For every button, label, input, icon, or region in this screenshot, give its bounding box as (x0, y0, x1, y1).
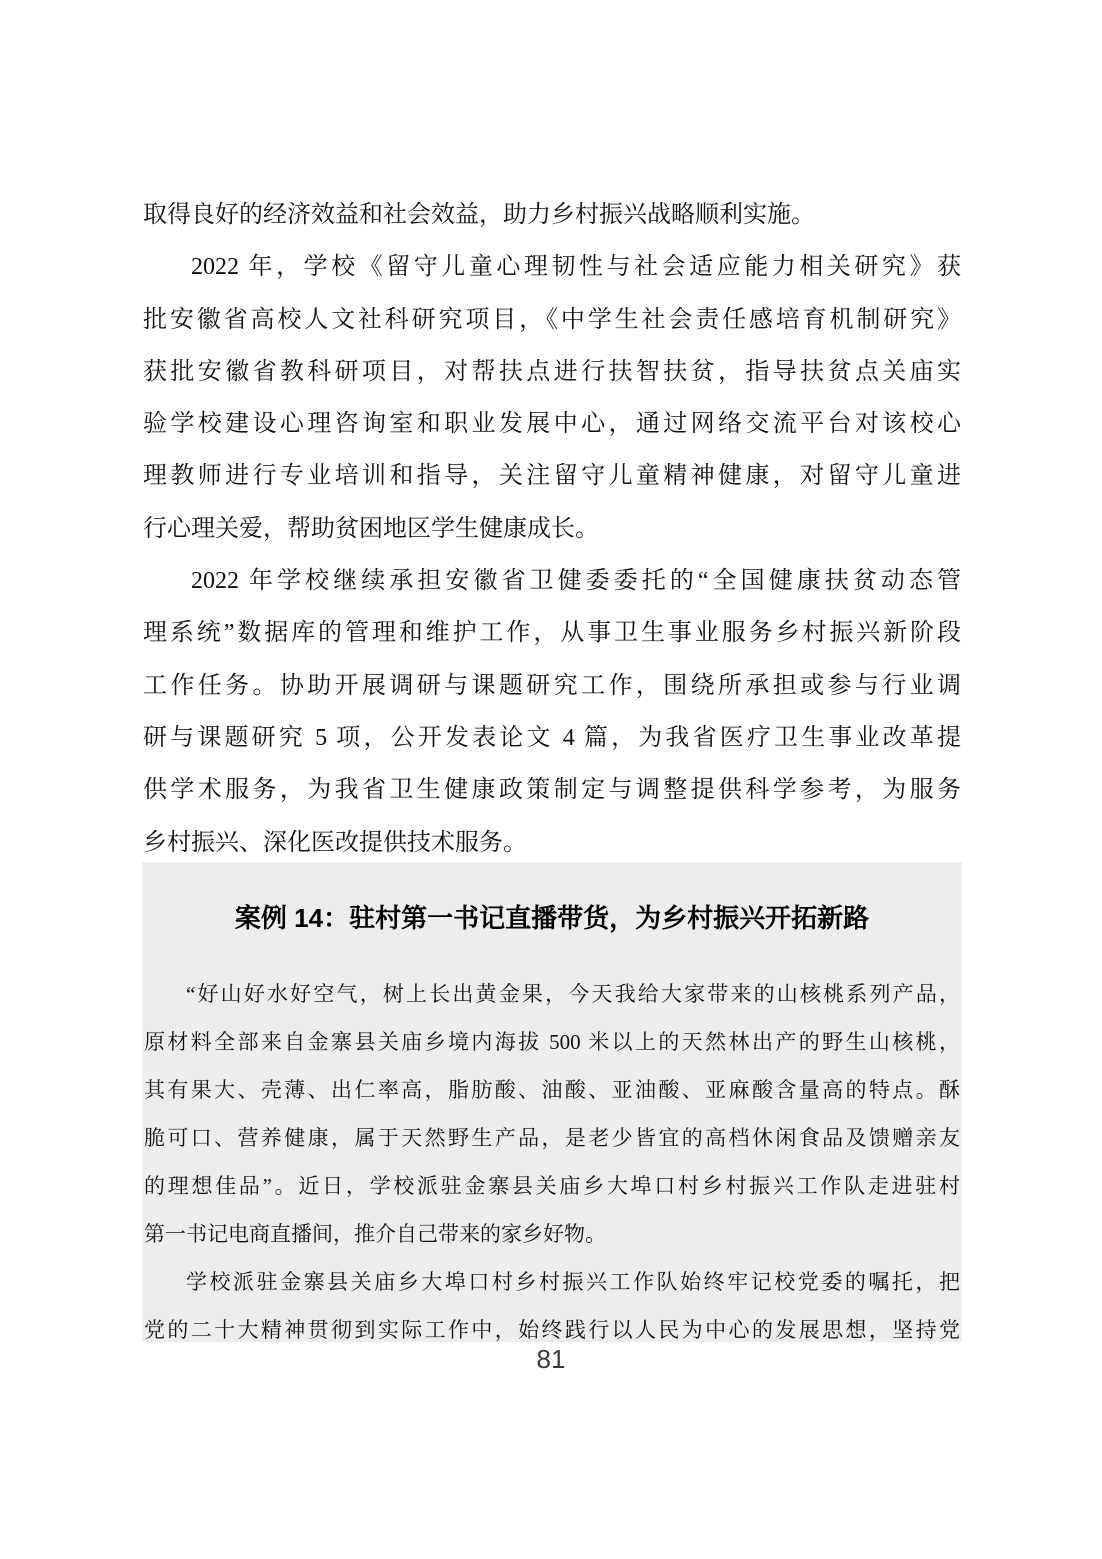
text-line: “好山好水好空气，树上长出黄金果，今天我给大家带来的山核桃系列产品， (144, 970, 960, 1018)
text-line: 取得良好的经济效益和社会效益，助力乡村振兴战略顺利实施。 (143, 189, 961, 241)
text-line: 理教师进行专业培训和指导，关注留守儿童精神健康，对留守儿童进 (143, 450, 961, 502)
text-line: 验学校建设心理咨询室和职业发展中心，通过网络交流平台对该校心 (143, 398, 961, 450)
case-study-paragraphs: “好山好水好空气，树上长出黄金果，今天我给大家带来的山核桃系列产品，原材料全部来… (142, 970, 962, 1354)
text-line: 的理想佳品”。近日，学校派驻金寨县关庙乡大埠口村乡村振兴工作队走进驻村 (144, 1162, 960, 1210)
text-line: 脆可口、营养健康，属于天然野生产品，是老少皆宜的高档休闲食品及馈赠亲友 (144, 1114, 960, 1162)
text-line: 获批安徽省教科研项目，对帮扶点进行扶智扶贫，指导扶贫点关庙实 (143, 346, 961, 398)
text-line: 供学术服务，为我省卫生健康政策制定与调整提供科学参考，为服务 (143, 764, 961, 816)
text-line: 理系统”数据库的管理和维护工作，从事卫生事业服务乡村振兴新阶段 (143, 607, 961, 659)
text-line: 原材料全部来自金寨县关庙乡境内海拔 500 米以上的天然林出产的野生山核桃， (144, 1018, 960, 1066)
text-line: 行心理关爱，帮助贫困地区学生健康成长。 (143, 503, 961, 555)
text-line: 其有果大、壳薄、出仁率高，脂肪酸、油酸、亚油酸、亚麻酸含量高的特点。酥 (144, 1066, 960, 1114)
text-line: 工作任务。协助开展调研与课题研究工作，围绕所承担或参与行业调 (143, 660, 961, 712)
case-study-box: 案例 14：驻村第一书记直播带货，为乡村振兴开拓新路 “好山好水好空气，树上长出… (142, 862, 962, 1342)
text-line: 批安徽省高校人文社科研究项目，《中学生社会责任感培育机制研究》 (143, 294, 961, 346)
text-line: 乡村振兴、深化医改提供技术服务。 (143, 817, 961, 869)
text-line: 学校派驻金寨县关庙乡大埠口村乡村振兴工作队始终牢记校党委的嘱托，把 (144, 1258, 960, 1306)
body-paragraphs: 取得良好的经济效益和社会效益，助力乡村振兴战略顺利实施。2022 年，学校《留守… (143, 189, 961, 869)
case-study-title: 案例 14：驻村第一书记直播带货，为乡村振兴开拓新路 (142, 862, 962, 940)
page-number: 81 (0, 1344, 1102, 1375)
text-line: 2022 年学校继续承担安徽省卫健委委托的“全国健康扶贫动态管 (143, 555, 961, 607)
document-page: 取得良好的经济效益和社会效益，助力乡村振兴战略顺利实施。2022 年，学校《留守… (0, 0, 1102, 1559)
text-line: 研与课题研究 5 项，公开发表论文 4 篇，为我省医疗卫生事业改革提 (143, 712, 961, 764)
text-line: 第一书记电商直播间，推介自己带来的家乡好物。 (144, 1210, 960, 1258)
text-line: 2022 年，学校《留守儿童心理韧性与社会适应能力相关研究》获 (143, 241, 961, 293)
